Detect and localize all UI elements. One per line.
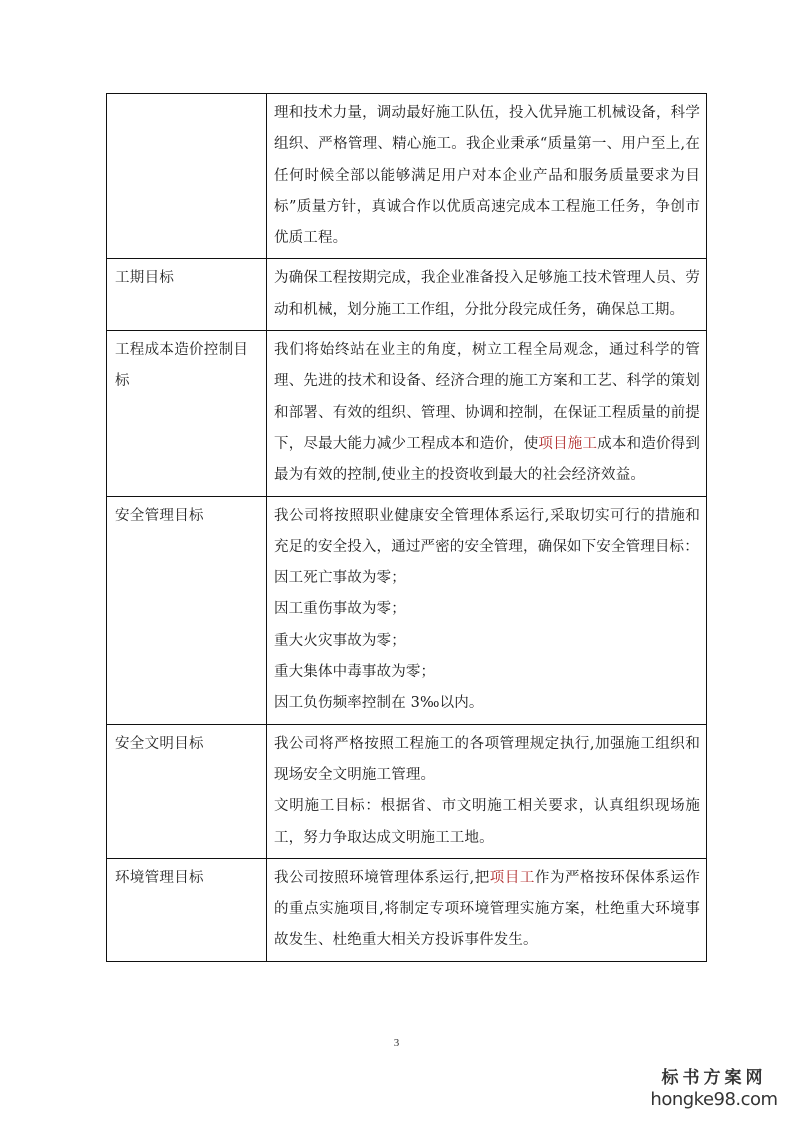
row-content: 我公司将按照职业健康安全管理体系运行,采取切实可行的措施和充足的安全投入，通过严… [267, 496, 707, 724]
safety-target-item: 因工死亡事故为零； [274, 563, 700, 594]
row-label [107, 94, 267, 259]
safety-target-item: 因工重伤事故为零； [274, 594, 700, 625]
safety-target-item: 重大火灾事故为零； [274, 626, 700, 657]
content-paragraph: 理和技术力量，调动最好施工队伍，投入优异施工机械设备，科学组织、严格管理、精心施… [274, 98, 700, 254]
watermark-url: hongke98.com [649, 1088, 779, 1112]
row-content: 理和技术力量，调动最好施工队伍，投入优异施工机械设备，科学组织、严格管理、精心施… [267, 94, 707, 259]
content-paragraph: 为确保工程按期完成，我企业准备投入足够施工技术管理人员、劳动和机械，划分施工工作… [274, 263, 700, 326]
content-paragraph: 我们将始终站在业主的角度，树立工程全局观念，通过科学的管理、先进的技术和设备、经… [274, 335, 700, 491]
row-label: 安全管理目标 [107, 496, 267, 724]
row-content: 我们将始终站在业主的角度，树立工程全局观念，通过科学的管理、先进的技术和设备、经… [267, 331, 707, 496]
watermark-logo: 标书方案网 hongke98.com [649, 1068, 779, 1112]
goals-table: 理和技术力量，调动最好施工队伍，投入优异施工机械设备，科学组织、严格管理、精心施… [106, 93, 707, 962]
safety-target-item: 重大集体中毒事故为零； [274, 657, 700, 688]
highlighted-link-text[interactable]: 项目施工 [538, 436, 597, 452]
table-row-environment-goal: 环境管理目标 我公司按照环境管理体系运行,把项目工作为严格按环保体系运作的重点实… [107, 858, 707, 961]
highlighted-link-text[interactable]: 项目工 [490, 870, 535, 886]
row-content: 为确保工程按期完成，我企业准备投入足够施工技术管理人员、劳动和机械，划分施工工作… [267, 259, 707, 331]
row-label: 工期目标 [107, 259, 267, 331]
table-row-safety-management-goal: 安全管理目标 我公司将按照职业健康安全管理体系运行,采取切实可行的措施和充足的安… [107, 496, 707, 724]
row-label: 工程成本造价控制目标 [107, 331, 267, 496]
row-label: 安全文明目标 [107, 724, 267, 858]
content-paragraph: 我公司将严格按照工程施工的各项管理规定执行,加强施工组织和现场安全文明施工管理。 [274, 729, 700, 792]
table-row-quality-continued: 理和技术力量，调动最好施工队伍，投入优异施工机械设备，科学组织、严格管理、精心施… [107, 94, 707, 259]
row-content: 我公司将严格按照工程施工的各项管理规定执行,加强施工组织和现场安全文明施工管理。… [267, 724, 707, 858]
text-segment: 我公司按照环境管理体系运行,把 [274, 870, 490, 886]
row-content: 我公司按照环境管理体系运行,把项目工作为严格按环保体系运作的重点实施项目,将制定… [267, 858, 707, 961]
safety-target-item: 因工负伤频率控制在 3‰以内。 [274, 688, 700, 719]
table-row-schedule-goal: 工期目标 为确保工程按期完成，我企业准备投入足够施工技术管理人员、劳动和机械，划… [107, 259, 707, 331]
row-label: 环境管理目标 [107, 858, 267, 961]
content-paragraph: 我公司按照环境管理体系运行,把项目工作为严格按环保体系运作的重点实施项目,将制定… [274, 863, 700, 957]
page-number: 3 [0, 1037, 793, 1049]
content-paragraph: 我公司将按照职业健康安全管理体系运行,采取切实可行的措施和充足的安全投入，通过严… [274, 501, 700, 564]
content-paragraph: 文明施工目标：根据省、市文明施工相关要求，认真组织现场施工，努力争取达成文明施工… [274, 791, 700, 854]
table-row-civilized-safety-goal: 安全文明目标 我公司将严格按照工程施工的各项管理规定执行,加强施工组织和现场安全… [107, 724, 707, 858]
watermark-chinese-text: 标书方案网 [649, 1068, 779, 1088]
table-row-cost-control-goal: 工程成本造价控制目标 我们将始终站在业主的角度，树立工程全局观念，通过科学的管理… [107, 331, 707, 496]
